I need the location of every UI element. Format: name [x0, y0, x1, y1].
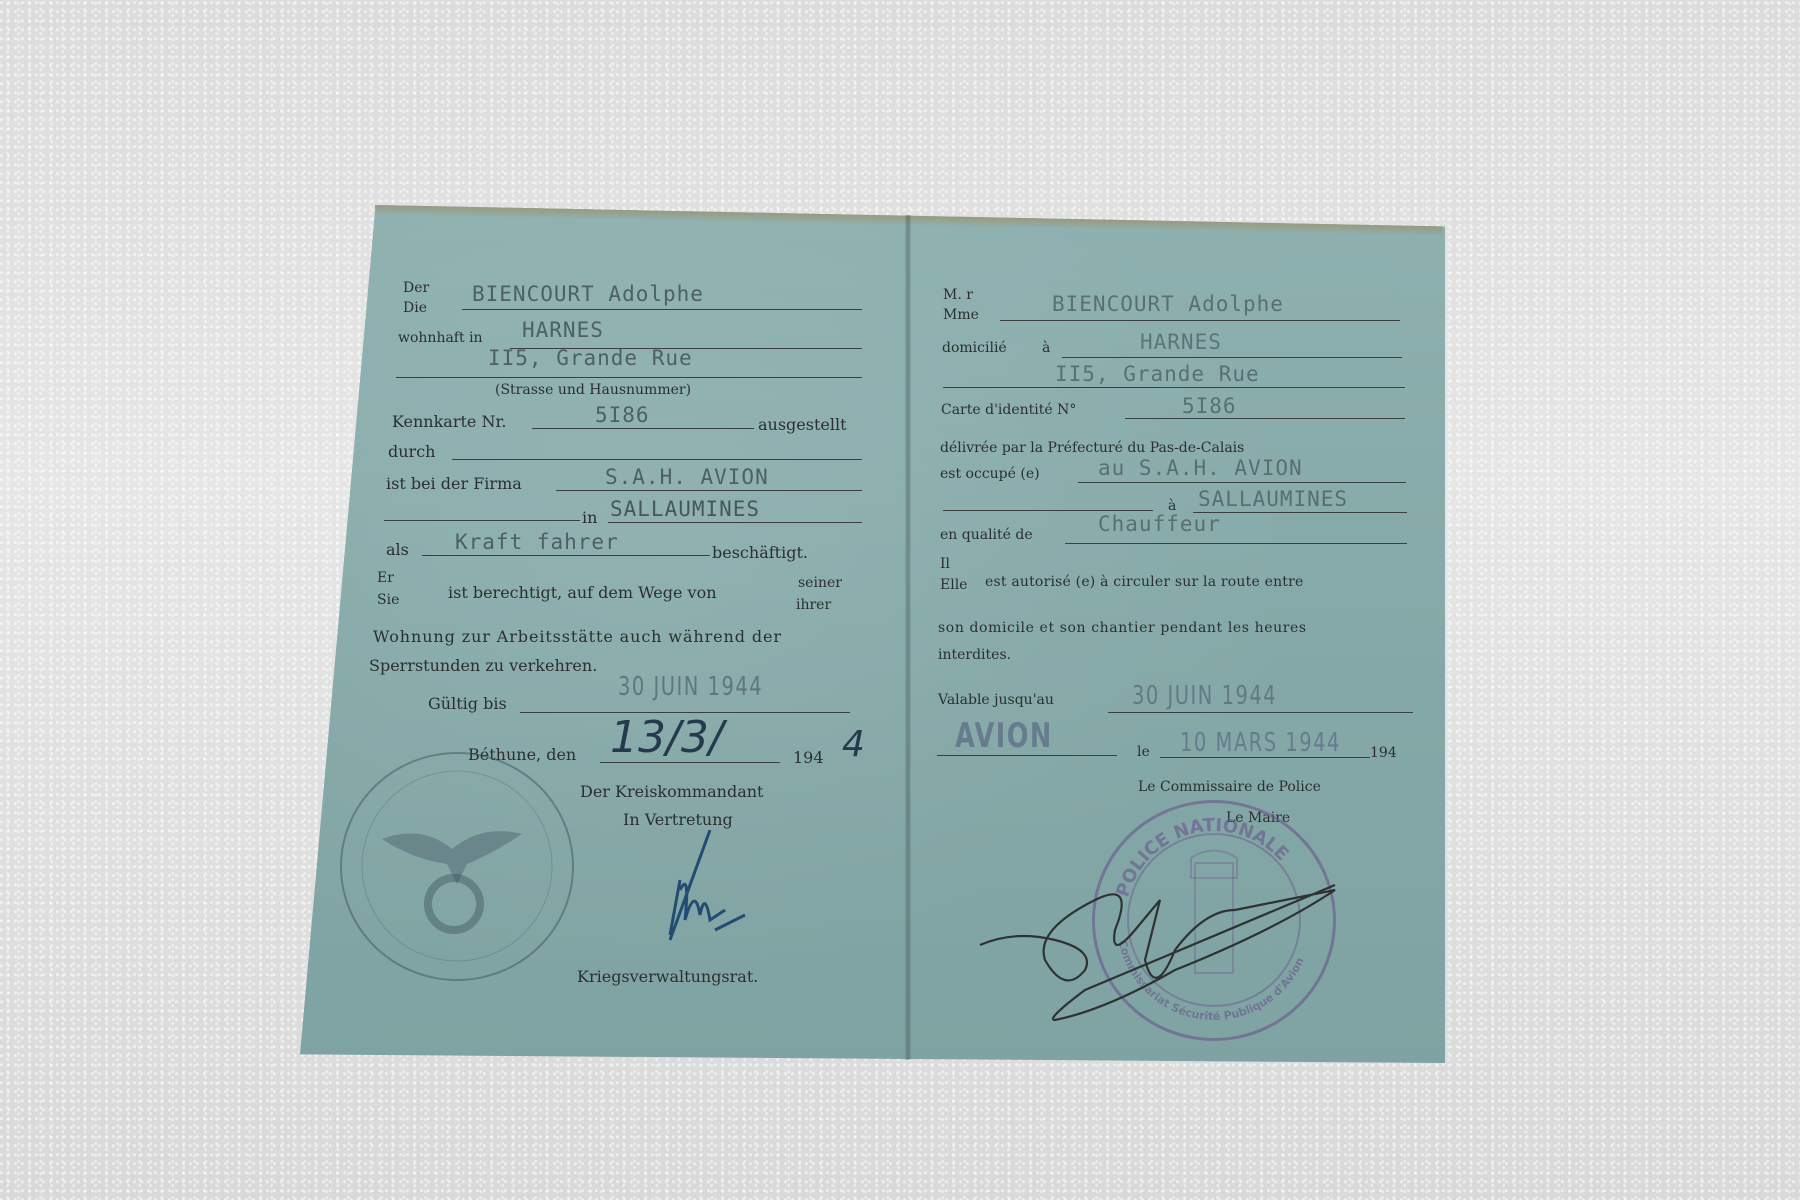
- pronoun-elle: Elle: [940, 577, 967, 593]
- issued-text: délivrée par la Préfecturé du Pas-de-Cal…: [940, 440, 1244, 456]
- pronoun-er: Er: [377, 570, 394, 586]
- date-label: le: [1137, 744, 1150, 760]
- residence-label: wohnhaft in: [398, 330, 483, 346]
- residence-city-value: HARNES: [1140, 330, 1222, 354]
- employer-city-line: [1193, 512, 1407, 513]
- street-value: II5, Grande Rue: [488, 346, 693, 370]
- id-card-label: Carte d'identité N°: [941, 402, 1076, 418]
- company-city-value: SALLAUMINES: [610, 497, 760, 521]
- company-city-line: [608, 522, 862, 523]
- handwritten-date: 13/3/: [610, 712, 724, 763]
- valid-until-stamp: 30 JUIN 1944: [618, 672, 763, 702]
- handwritten-year: 4: [842, 724, 865, 765]
- name-value: BIENCOURT Adolphe: [1052, 292, 1284, 316]
- company-city-lead-line: [384, 520, 580, 521]
- authorization-line-3: Sperrstunden zu verkehren.: [369, 656, 597, 675]
- company-label: ist bei der Firma: [386, 474, 522, 493]
- salutation-der: Der: [403, 280, 429, 296]
- employed-label: beschäftigt.: [712, 543, 808, 562]
- in-label: in: [582, 508, 597, 527]
- employer-city-value: SALLAUMINES: [1198, 487, 1348, 511]
- id-card-number: 5I86: [1182, 394, 1237, 418]
- year-prefix: 194: [1370, 745, 1397, 761]
- employer-line: [1078, 482, 1406, 483]
- issued-by-label: durch: [388, 442, 435, 461]
- authorization-line-1: ist berechtigt, auf dem Wege von: [448, 583, 717, 602]
- authorization-line-2: Wohnung zur Arbeitsstätte auch während d…: [373, 627, 782, 646]
- as-label: als: [386, 540, 409, 559]
- year-prefix: 194: [793, 748, 824, 767]
- signatory-line-2: In Vertretung: [623, 810, 733, 829]
- street-value: II5, Grande Rue: [1055, 362, 1260, 386]
- pronoun-il: Il: [940, 556, 950, 572]
- issued-by-line: [452, 459, 862, 460]
- eagle-stamp: [340, 752, 574, 981]
- center-fold: [905, 215, 911, 1060]
- company-value: S.A.H. AVION: [605, 465, 769, 489]
- date-line: [600, 762, 780, 763]
- residence-city-value: HARNES: [522, 318, 604, 342]
- place-stamp: AVION: [955, 716, 1053, 756]
- authorization-line-2: son domicile et son chantier pendant les…: [938, 620, 1307, 636]
- salutation-die: Die: [403, 300, 427, 316]
- company-line: [556, 490, 862, 491]
- date-stamp: 10 MARS 1944: [1180, 728, 1341, 758]
- eagle-icon: [342, 754, 572, 979]
- name-line: [462, 309, 862, 310]
- possessive-seiner: seiner: [798, 575, 842, 591]
- employer-value: au S.A.H. AVION: [1098, 456, 1303, 480]
- possessive-ihrer: ihrer: [796, 597, 831, 613]
- salutation-mr: M. r: [943, 287, 973, 303]
- street-line: [943, 387, 1405, 388]
- occupation-value: Kraft fahrer: [455, 530, 619, 554]
- id-card-number: 5I86: [595, 403, 650, 427]
- employed-label: est occupé (e): [940, 466, 1040, 482]
- id-card-line: [532, 428, 754, 429]
- role-value: Chauffeur: [1098, 512, 1221, 536]
- salutation-mme: Mme: [943, 307, 979, 323]
- right-signature-icon: [975, 870, 1355, 1030]
- signatory-line-1: Le Commissaire de Police: [1138, 779, 1321, 795]
- residence-line: [1062, 357, 1402, 358]
- issued-label: ausgestellt: [758, 415, 847, 434]
- employer-city-lead-line: [943, 510, 1153, 511]
- name-value: BIENCOURT Adolphe: [472, 282, 704, 306]
- signatory-line-1: Der Kreiskommandant: [580, 782, 763, 801]
- id-card-line: [1125, 418, 1405, 419]
- left-signature-icon: [650, 830, 760, 950]
- valid-label: Valable jusqu'au: [938, 692, 1054, 708]
- authorization-line-1: est autorisé (e) à circuler sur la route…: [985, 574, 1304, 590]
- occupation-line: [422, 555, 710, 556]
- street-line: [396, 377, 862, 378]
- place-line: [937, 755, 1117, 756]
- role-label: en qualité de: [940, 527, 1033, 543]
- valid-until-stamp: 30 JUIN 1944: [1132, 681, 1277, 711]
- id-card-label: Kennkarte Nr.: [392, 412, 506, 431]
- role-line: [1065, 543, 1407, 544]
- date-line: [1160, 757, 1370, 758]
- signatory-title: Kriegsverwaltungsrat.: [577, 967, 758, 986]
- residence-a: à: [1042, 340, 1050, 356]
- valid-line: [1108, 712, 1413, 713]
- residence-label: domicilié: [942, 340, 1007, 356]
- street-caption: (Strasse und Hausnummer): [495, 382, 691, 398]
- pronoun-sie: Sie: [377, 592, 399, 608]
- valid-label: Gültig bis: [428, 694, 507, 713]
- name-line: [1000, 320, 1400, 321]
- authorization-line-3: interdites.: [938, 647, 1011, 663]
